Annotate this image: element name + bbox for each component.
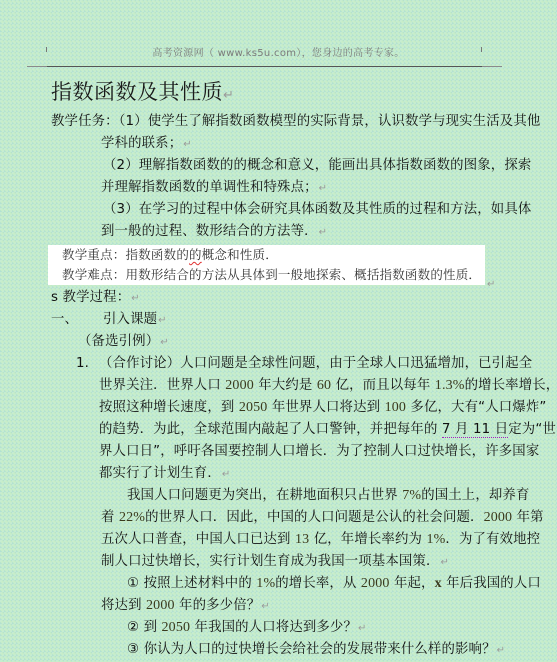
question-text: 按照上述材料中的	[139, 576, 256, 591]
tasks-line-1: 教学任务：（1）使学生了解指数函数模型的实际背景，认识数学与现实生活及其他	[51, 111, 540, 133]
china-paragraph-line-1: 我国人口问题更为突出，在耕地面积只占世界 7%的国土上，却养育	[127, 485, 530, 507]
example-text: 世界关注．世界人口	[99, 378, 225, 393]
document-title-text: 指数函数及其性质	[51, 80, 223, 104]
number-value: 2050	[162, 620, 191, 635]
question-text: 到	[139, 620, 161, 635]
tasks-line-5: （3）在学习的过程中体会研究具体函数及其性质的过程和方法，如具体	[103, 199, 531, 221]
example-text: 年世界人口将达到	[267, 400, 384, 415]
question-text: 你认为人口的过快增长会给社会的发展带来什么样的影响？	[139, 642, 495, 657]
teaching-focus-label: 教学重点：	[62, 247, 126, 262]
section-1-number: 一、	[51, 312, 78, 327]
example-text: 年大约是	[254, 378, 317, 393]
example-1-line-3: 按照这种增长速度，到 2050 年世界人口将达到 100 多亿，大有“人口爆炸”	[99, 397, 546, 419]
example-text: 着	[101, 510, 119, 525]
tasks-line-6: 到一般的过程、数形结合的方法等．↵	[101, 221, 327, 244]
paragraph-mark-icon: ↵	[487, 279, 495, 290]
question-text: 将达到	[101, 598, 146, 613]
teaching-focus-text-end: 概念和性质．	[202, 247, 278, 262]
list-number: 1.	[76, 356, 89, 371]
question-2: ② 到 2050 年我国的人口将达到多少？↵	[127, 617, 367, 640]
example-text: （合作讨论）人口问题是全球性问题，由于全球人口迅猛增加，已引起全	[99, 356, 532, 371]
paragraph-mark-icon: ↵	[441, 557, 450, 568]
optional-examples: （备选引例）↵	[78, 331, 169, 354]
example-text: 的世界人口．因此，中国的人口问题是公认的社会问题．	[145, 510, 484, 525]
header-rule	[47, 66, 482, 67]
example-text: 亿，而且以每年	[331, 378, 435, 393]
paragraph-mark-icon: ↵	[497, 645, 506, 656]
section-1-title: 引入课题	[103, 312, 157, 327]
paragraph-mark-icon: ↵	[358, 623, 367, 634]
paragraph-mark-icon: ↵	[261, 601, 270, 612]
paragraph-mark-icon: ↵	[131, 293, 140, 304]
number-value: 1.3%	[435, 378, 465, 393]
example-text: 多亿，大有“人口爆炸”	[406, 400, 546, 415]
paragraph-mark-icon: ↵	[222, 469, 231, 480]
number-value: 13	[295, 532, 309, 547]
example-text: 制人口过快增长，实行计划生育成为我国一项基本国策．	[101, 554, 440, 569]
number-value: 2000	[484, 510, 513, 525]
header-corner-mark-right	[481, 47, 482, 52]
question-text: 年起，	[390, 576, 435, 591]
example-1-line-1: （合作讨论）人口问题是全球性问题，由于全球人口迅猛增加，已引起全	[99, 353, 532, 375]
question-1-line-1: ① 按照上述材料中的 1%的增长率，从 2000 年起，x 年后我国的人口	[127, 573, 541, 595]
example-text: 按照这种增长速度，到	[99, 400, 239, 415]
number-value: 2000	[225, 378, 254, 393]
example-text: 年第	[512, 510, 544, 525]
example-1-line-6: 都实行了计划生育．↵	[99, 463, 230, 486]
number-value: 1%	[256, 576, 275, 591]
example-1-number: 1.	[76, 353, 89, 375]
china-paragraph-line-4: 制人口过快增长，实行计划生育成为我国一项基本国策．↵	[101, 551, 449, 574]
example-1-line-4: 的趋势．为此，全球范围内敲起了人口警钟，并把每年的 7 月 11 日定为“世	[99, 419, 556, 441]
key-points-paragraph-mark: ↵	[486, 272, 495, 291]
example-text: 我国人口问题更为突出，在耕地面积只占世界	[127, 488, 402, 503]
question-text: 年后我国的人口	[442, 576, 541, 591]
example-1-line-2: 世界关注．世界人口 2000 年大约是 60 亿，而且以每年 1.3%的增长率增…	[99, 375, 557, 397]
example-text: ．为了有效地控	[445, 532, 540, 547]
number-value: 2000	[146, 598, 175, 613]
task-2-text: （2）理解指数函数的的概念和意义，能画出具体指数函数的图象，探索	[103, 158, 531, 173]
china-paragraph-line-2: 着 22%的世界人口．因此，中国的人口问题是公认的社会问题．2000 年第	[101, 507, 544, 529]
process-heading: s 教学过程：↵	[51, 287, 140, 310]
teaching-difficulty-label: 教学难点：	[62, 267, 126, 282]
tasks-label: 教学任务：	[51, 114, 119, 129]
question-3: ③ 你认为人口的过快增长会给社会的发展带来什么样的影响？↵	[127, 639, 505, 662]
number-value: 100	[385, 400, 406, 415]
task-3-text: （3）在学习的过程中体会研究具体函数及其性质的过程和方法，如具体	[103, 202, 531, 217]
paragraph-mark-icon: ↵	[160, 337, 169, 348]
teaching-difficulty-text: 用数形结合的方法从具体到一般地探索、概括指数函数的性质．	[126, 267, 482, 282]
task-2-text-cont: 并理解指数函数的单调性和特殊点；	[101, 180, 318, 195]
tasks-line-3: （2）理解指数函数的的概念和意义，能画出具体指数函数的图象，探索	[103, 155, 531, 177]
task-1-text: （1）使学生了解指数函数模型的实际背景，认识数学与现实生活及其他	[119, 114, 541, 129]
section-1-heading: 一、	[51, 309, 78, 331]
example-text: 的趋势．为此，全球范围内敲起了人口警钟，并把每年的	[99, 422, 442, 437]
circled-number-2: ②	[127, 620, 139, 635]
section-1-title-row: 引入课题↵	[103, 309, 167, 332]
china-paragraph-line-3: 五次人口普查，中国人口已达到 13 亿，年增长率约为 1%．为了有效地控	[101, 529, 540, 551]
example-1-line-5: 界人口日”，呼吁各国要控制人口增长．为了控制人口过快增长，许多国家	[99, 441, 539, 463]
spelling-error-mark[interactable]: 的	[189, 247, 202, 262]
tasks-line-4: 并理解指数函数的单调性和特殊点；↵	[101, 177, 327, 200]
number-value: 2050	[239, 400, 268, 415]
number-value: 22%	[119, 510, 145, 525]
variable-x: x	[435, 576, 442, 591]
process-label: s 教学过程：	[51, 290, 130, 305]
page-header-text: 高考资源网（ www.ks5u.com），您身边的高考专家。	[0, 44, 557, 59]
paragraph-mark-icon: ↵	[319, 227, 328, 238]
date-smart-tag[interactable]: 7 月 11 日	[442, 422, 508, 438]
paragraph-mark-icon: ↵	[319, 183, 328, 194]
example-text: 的国土上，却养育	[421, 488, 529, 503]
teaching-focus: 教学重点：指数函数的的概念和性质．	[62, 245, 278, 265]
document-title: 指数函数及其性质↵	[51, 76, 234, 106]
paragraph-mark-icon: ↵	[223, 88, 234, 103]
question-text: 年的多少倍？	[175, 598, 261, 613]
circled-number-1: ①	[127, 576, 139, 591]
paragraph-mark-icon: ↵	[183, 139, 192, 150]
example-text: 的增长率增长，	[465, 378, 557, 393]
number-value: 60	[317, 378, 331, 393]
question-text: 年我国的人口将达到多少？	[190, 620, 357, 635]
circled-number-3: ③	[127, 642, 139, 657]
task-1-text-cont: 学科的联系；	[101, 136, 182, 151]
example-text: 五次人口普查，中国人口已达到	[101, 532, 295, 547]
number-value: 2000	[361, 576, 390, 591]
example-text: 定为“世	[508, 422, 556, 437]
number-value: 1%	[426, 532, 445, 547]
paragraph-mark-icon: ↵	[158, 315, 167, 326]
example-text: 都实行了计划生育．	[99, 466, 221, 481]
optional-examples-label: （备选引例）	[78, 334, 159, 349]
example-text: 亿，年增长率约为	[309, 532, 426, 547]
example-text: 界人口日”，呼吁各国要控制人口增长．为了控制人口过快增长，许多国家	[99, 444, 539, 459]
tasks-line-2: 学科的联系；↵	[101, 133, 192, 156]
question-1-line-2: 将达到 2000 年的多少倍？↵	[101, 595, 270, 618]
number-value: 7%	[402, 488, 421, 503]
question-text: 的增长率，从	[275, 576, 361, 591]
task-3-text-cont: 到一般的过程、数形结合的方法等．	[101, 224, 318, 239]
teaching-focus-text: 指数函数的	[126, 247, 190, 262]
header-corner-mark-left	[46, 47, 47, 52]
teaching-difficulty: 教学难点：用数形结合的方法从具体到一般地探索、概括指数函数的性质．	[62, 265, 481, 285]
